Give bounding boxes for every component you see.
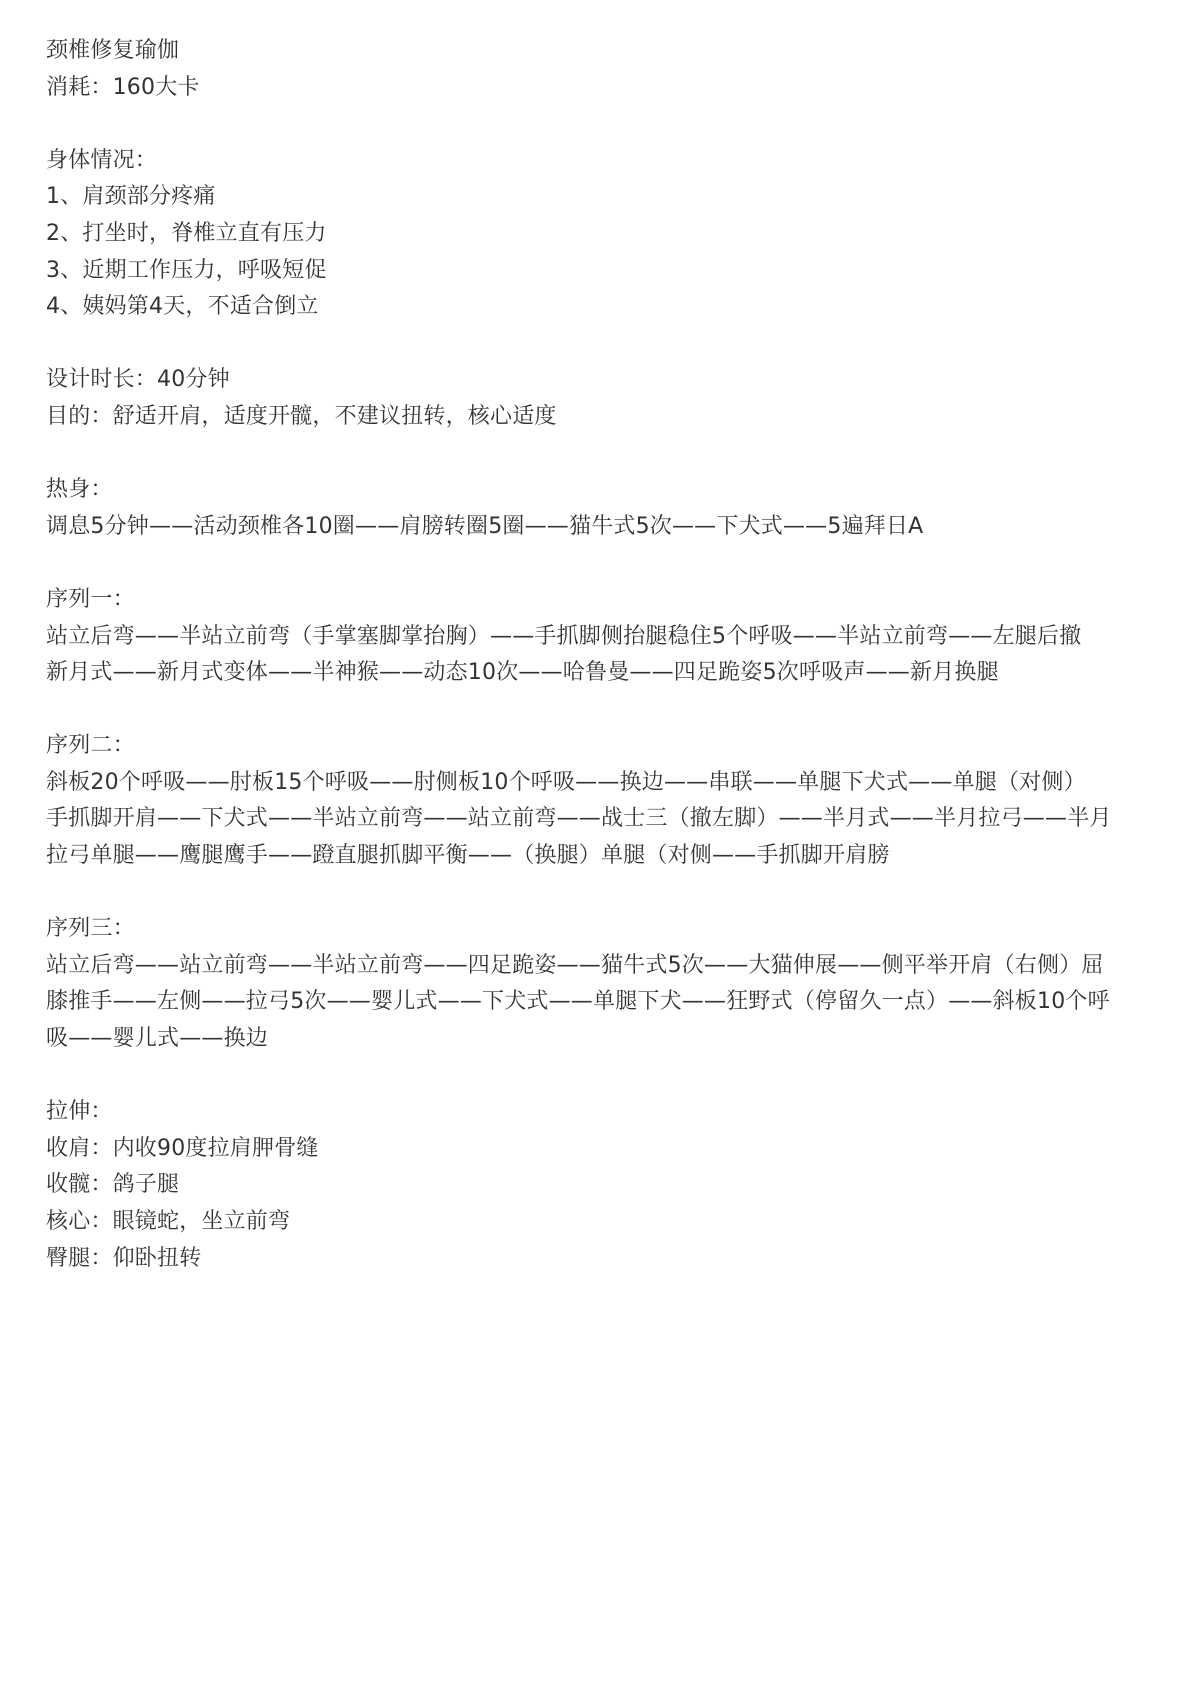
sequence1-heading: 序列一： (46, 582, 1156, 619)
spacer (46, 692, 1156, 729)
spacer (46, 436, 1156, 473)
sequence3-line: 膝推手——左侧——拉弓5次——婴儿式——下犬式——单腿下犬——狂野式（停留久一点… (46, 984, 1156, 1021)
warmup-heading: 热身： (46, 472, 1156, 509)
sequence2-heading: 序列二： (46, 728, 1156, 765)
sequence2-line: 拉弓单腿——鹰腿鹰手——蹬直腿抓脚平衡——（换腿）单腿（对侧——手抓脚开肩膀 (46, 838, 1156, 875)
sequence1-line: 新月式——新月式变体——半神猴——动态10次——哈鲁曼——四足跪姿5次呼吸声——… (46, 655, 1156, 692)
body-condition-item: 2、打坐时，脊椎立直有压力 (46, 216, 1156, 253)
spacer (46, 326, 1156, 363)
body-condition-item: 1、肩颈部分疼痛 (46, 179, 1156, 216)
document-body: 颈椎修复瑜伽 消耗：160大卡 身体情况： 1、肩颈部分疼痛 2、打坐时，脊椎立… (46, 33, 1156, 1277)
spacer (46, 106, 1156, 143)
spacer (46, 545, 1156, 582)
document-title: 颈椎修复瑜伽 (46, 33, 1156, 70)
stretch-item: 收髋：鸽子腿 (46, 1167, 1156, 1204)
sequence3-line: 吸——婴儿式——换边 (46, 1021, 1156, 1058)
body-condition-item: 3、近期工作压力，呼吸短促 (46, 253, 1156, 290)
design-goal: 目的：舒适开肩，适度开髋，不建议扭转，核心适度 (46, 399, 1156, 436)
body-condition-item: 4、姨妈第4天，不适合倒立 (46, 289, 1156, 326)
stretch-item: 收肩：内收90度拉肩胛骨缝 (46, 1131, 1156, 1168)
design-duration: 设计时长：40分钟 (46, 362, 1156, 399)
spacer (46, 1058, 1156, 1095)
sequence3-line: 站立后弯——站立前弯——半站立前弯——四足跪姿——猫牛式5次——大猫伸展——侧平… (46, 948, 1156, 985)
stretch-heading: 拉伸： (46, 1094, 1156, 1131)
body-condition-heading: 身体情况： (46, 143, 1156, 180)
spacer (46, 875, 1156, 912)
stretch-item: 核心：眼镜蛇，坐立前弯 (46, 1204, 1156, 1241)
sequence1-line: 站立后弯——半站立前弯（手掌塞脚掌抬胸）——手抓脚侧抬腿稳住5个呼吸——半站立前… (46, 619, 1156, 656)
stretch-item: 臀腿：仰卧扭转 (46, 1241, 1156, 1278)
warmup-line: 调息5分钟——活动颈椎各10圈——肩膀转圈5圈——猫牛式5次——下犬式——5遍拜… (46, 509, 1156, 546)
sequence3-heading: 序列三： (46, 911, 1156, 948)
sequence2-line: 手抓脚开肩——下犬式——半站立前弯——站立前弯——战士三（撤左脚）——半月式——… (46, 801, 1156, 838)
calories-text: 消耗：160大卡 (46, 70, 1156, 107)
sequence2-line: 斜板20个呼吸——肘板15个呼吸——肘侧板10个呼吸——换边——串联——单腿下犬… (46, 765, 1156, 802)
